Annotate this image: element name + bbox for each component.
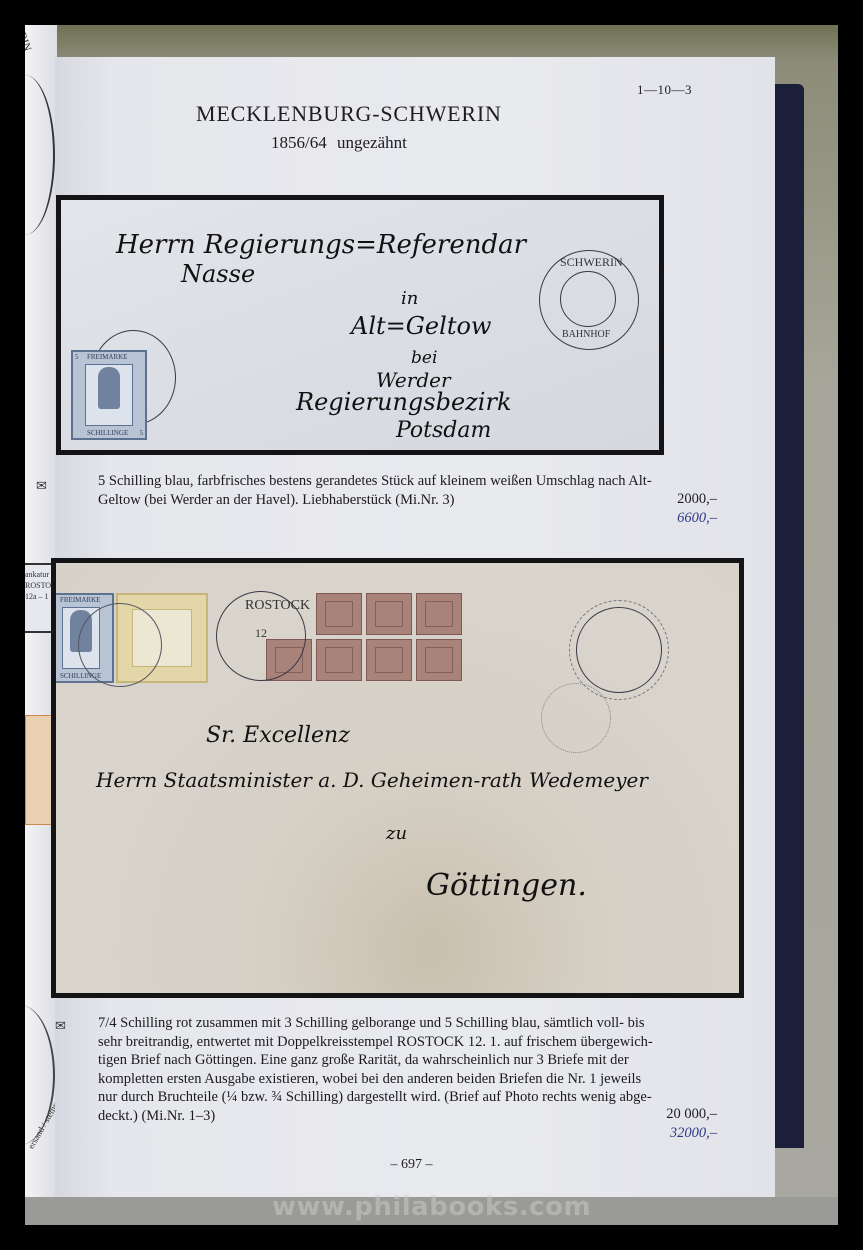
rostock-postmark: ROSTOCK 12 <box>216 591 306 681</box>
lot-1-start-price: 2000,– <box>597 491 717 508</box>
envelope-icon: ✉ <box>36 478 47 494</box>
address-line: Herrn Regierungs=Referendar <box>116 230 526 260</box>
arrival-postmark <box>576 607 662 693</box>
stamp-7-4-schilling-red <box>416 593 462 635</box>
address-line: Potsdam <box>396 418 491 443</box>
previous-running-head: RIN <box>25 31 33 53</box>
lot-1-cover-photo: Herrn Regierungs=Referendar Nasse in Alt… <box>56 195 664 455</box>
stamp-7-4-schilling-red <box>416 639 462 681</box>
page-subtitle: 1856/64 ungezähnt <box>271 133 407 153</box>
lot-1-estimate: 6600,– <box>597 510 717 527</box>
watermark: www.philabooks.com <box>0 1192 863 1222</box>
lot-2-estimate: 32000,– <box>597 1125 717 1142</box>
envelope-icon: ✉ <box>55 1018 66 1034</box>
previous-cover-curve <box>25 75 55 235</box>
schwerin-postmark: SCHWERIN BAHNHOF <box>539 250 639 350</box>
stamp-7-4-schilling-red <box>366 593 412 635</box>
page-title: MECKLENBURG-SCHWERIN <box>196 101 502 127</box>
address-line: Regierungsbezirk <box>296 388 511 416</box>
cancel-postmark <box>78 603 162 687</box>
coat-of-arms-icon <box>98 367 120 409</box>
address-line: Alt=Geltow <box>351 312 491 340</box>
address-line: Sr. Excellenz <box>206 723 350 748</box>
address-line: Göttingen. <box>426 868 587 903</box>
stamp-5-schilling-blue: FREIMARKE SCHILLINGE 5 5 <box>71 350 147 440</box>
envelope: FREIMARKE SCHILLINGE ROSTOCK 12 Sr. Exce… <box>56 563 739 993</box>
transit-postmark <box>541 683 611 753</box>
address-line: bei <box>411 348 437 368</box>
address-line: Herrn Staatsminister a. D. Geheimen-rath… <box>96 768 648 792</box>
address-line: in <box>401 288 418 309</box>
address-line: zu <box>386 823 407 844</box>
lot-2-start-price: 20 000,– <box>597 1106 717 1123</box>
stamp-7-4-schilling-red <box>316 593 362 635</box>
address-line: Nasse <box>181 260 255 288</box>
page-number: – 697 – <box>0 1157 863 1173</box>
lot-2-cover-photo: FREIMARKE SCHILLINGE ROSTOCK 12 Sr. Exce… <box>51 558 744 998</box>
envelope: Herrn Regierungs=Referendar Nasse in Alt… <box>61 200 659 450</box>
stamp-7-4-schilling-red <box>316 639 362 681</box>
page-reference: 1—10—3 <box>637 82 692 98</box>
stamp-7-4-schilling-red <box>366 639 412 681</box>
